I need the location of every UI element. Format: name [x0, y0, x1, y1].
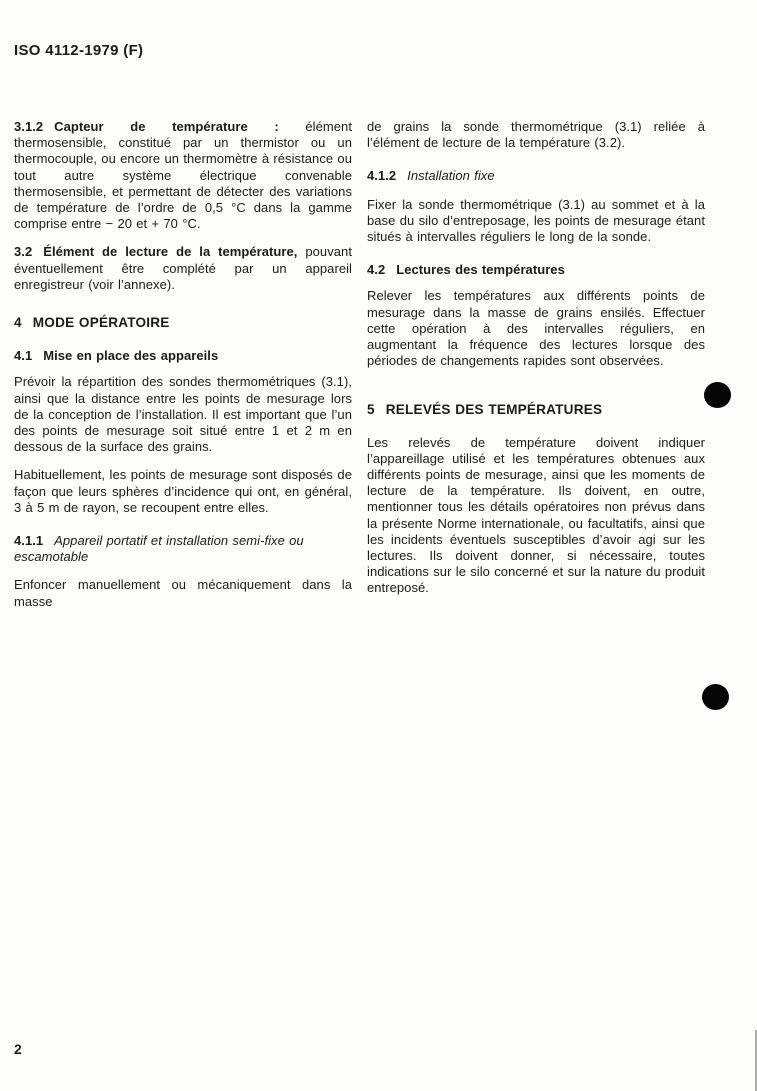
page-number: 2: [14, 1041, 22, 1057]
heading-text: Appareil portatif et installation semi-f…: [14, 533, 304, 564]
clause-4-1-para-1: Prévoir la répartition des sondes thermo…: [14, 374, 352, 455]
clause-4-1-2-heading: 4.1.2Installation fixe: [367, 168, 705, 184]
heading-text: Lectures des températures: [396, 262, 565, 277]
clause-4-2-heading: 4.2Lectures des températures: [367, 262, 705, 278]
clause-number: 4.1.2: [367, 168, 396, 183]
clause-number: 4.1.1: [14, 533, 43, 548]
heading-text: MODE OPÉRATOIRE: [33, 315, 170, 330]
run-in-heading: Capteur de température :: [54, 119, 305, 134]
left-column: 3.1.2Capteur de température : élément th…: [14, 119, 352, 622]
clause-number: 4: [14, 315, 22, 330]
clause-5-para: Les relevés de température doivent indiq…: [367, 435, 705, 597]
clause-3-1-2: 3.1.2Capteur de température : élément th…: [14, 119, 352, 232]
right-column: de grains la sonde thermométrique (3.1) …: [367, 119, 705, 609]
two-column-body: 3.1.2Capteur de température : élément th…: [14, 119, 706, 622]
clause-number: 5: [367, 402, 375, 417]
registration-dot-icon: [704, 382, 731, 408]
section-4-heading: 4MODE OPÉRATOIRE: [14, 315, 352, 331]
run-in-heading: Élément de lecture de la température,: [43, 244, 305, 259]
heading-text: Installation fixe: [407, 168, 494, 183]
clause-number: 3.2: [14, 244, 32, 259]
registration-dot-icon: [702, 684, 729, 710]
document-reference-header: ISO 4112-1979 (F): [14, 42, 143, 59]
clause-number: 4.1: [14, 348, 32, 363]
clause-4-1-1-para: Enfoncer manuellement ou mécaniquement d…: [14, 577, 352, 609]
clause-4-1-2-para: Fixer la sonde thermométrique (3.1) au s…: [367, 197, 705, 246]
clause-4-1-1-heading: 4.1.1Appareil portatif et installation s…: [14, 533, 352, 565]
heading-text: RELEVÉS DES TEMPÉRATURES: [386, 402, 602, 417]
heading-text: Mise en place des appareils: [43, 348, 218, 363]
clause-4-1-heading: 4.1Mise en place des appareils: [14, 348, 352, 364]
clause-number: 4.2: [367, 262, 385, 277]
section-5-heading: 5RELEVÉS DES TEMPÉRATURES: [367, 402, 705, 418]
document-page: ISO 4112-1979 (F) 3.1.2Capteur de tempér…: [0, 0, 757, 1091]
clause-3-2: 3.2Élément de lecture de la température,…: [14, 244, 352, 293]
clause-4-1-para-2: Habituellement, les points de mesurage s…: [14, 467, 352, 516]
clause-number: 3.1.2: [14, 119, 43, 134]
clause-4-2-para: Relever les températures aux différents …: [367, 288, 705, 369]
clause-4-1-1-para-continued: de grains la sonde thermométrique (3.1) …: [367, 119, 705, 151]
paragraph-text: élément thermosensible, constitué par un…: [14, 119, 352, 231]
